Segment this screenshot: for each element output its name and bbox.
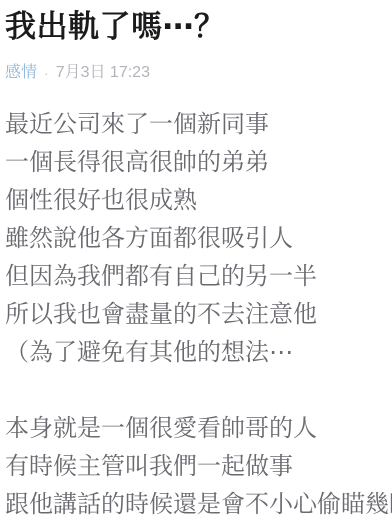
post-body-line: 雖然說他各方面都很吸引人 (5, 220, 386, 258)
post-body-line: （為了避免有其他的想法⋯ (5, 334, 386, 372)
meta-separator-dot: · (44, 62, 49, 84)
post-page: 我出軌了嗎⋯？ 感情 · 7月3日 17:23 最近公司來了一個新同事 一個長得… (0, 0, 392, 524)
post-timestamp: 7月3日 17:23 (56, 62, 150, 84)
post-body-line: 有時候主管叫我們一起做事 (5, 448, 386, 486)
post-paragraph: 本身就是一個很愛看帥哥的人 有時候主管叫我們一起做事 跟他講話的時候還是會不小心… (5, 410, 386, 524)
post-title: 我出軌了嗎⋯？ (5, 8, 386, 47)
post-paragraph: 最近公司來了一個新同事 一個長得很高很帥的弟弟 個性很好也很成熟 雖然說他各方面… (5, 106, 386, 372)
post-body-line: 最近公司來了一個新同事 (5, 106, 386, 144)
post-meta: 感情 · 7月3日 17:23 (5, 62, 386, 84)
post-body-line: 所以我也會盡量的不去注意他 (5, 296, 386, 334)
post-body-line: 個性很好也很成熟 (5, 182, 386, 220)
post-body-line: 一個長得很高很帥的弟弟 (5, 144, 386, 182)
post-body-line: 但因為我們都有自己的另一半 (5, 258, 386, 296)
post-body: 最近公司來了一個新同事 一個長得很高很帥的弟弟 個性很好也很成熟 雖然說他各方面… (5, 106, 386, 524)
post-body-line: 本身就是一個很愛看帥哥的人 (5, 410, 386, 448)
post-body-line: 跟他講話的時候還是會不小心偷瞄幾眼 (5, 486, 386, 524)
post-category-tag[interactable]: 感情 (5, 62, 37, 84)
